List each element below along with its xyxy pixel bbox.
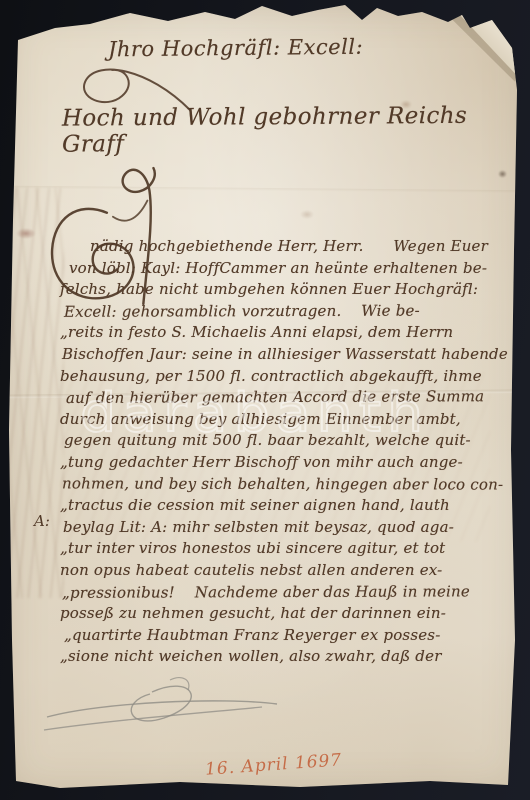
manuscript-line: „tur inter viros honestos ubi sincere ag… <box>60 538 512 560</box>
manuscript-line: nohmen, und bey sich behalten, hingegen … <box>62 473 512 496</box>
manuscript-line: felchs, habe nicht umbgehen können Euer … <box>60 279 512 301</box>
darabanth-watermark: darabanth <box>80 382 429 444</box>
manuscript-line: Excell: gehorsamblich vorzutragen. Wie b… <box>64 300 512 323</box>
manuscript-line: posseß zu nehmen gesucht, hat der darinn… <box>60 603 512 625</box>
manuscript-line: „reits in festo S. Michaelis Anni elapsi… <box>60 322 512 344</box>
manuscript-line: „tung gedachter Herr Bischoff von mihr a… <box>60 452 512 474</box>
pencil-flourish-icon <box>42 672 292 747</box>
foxing-stain <box>300 210 314 219</box>
manuscript-line: „sione nicht weichen wollen, also zwahr,… <box>60 646 512 668</box>
margin-note: A: <box>34 512 50 530</box>
manuscript-line: beylag Lit: A: mihr selbsten mit beysaz,… <box>63 517 512 539</box>
scan-background: Jhro Hochgräfl: Excell: Hoch und Wohl ge… <box>0 0 530 800</box>
address-heading: Hoch und Wohl gebohrner Reichs Graff <box>62 102 530 157</box>
manuscript-line: Bischoffen Jaur: seine in allhiesiger Wa… <box>62 344 512 366</box>
manuscript-line: non opus habeat cautelis nebst allen and… <box>60 560 512 582</box>
manuscript-line: nädig hochgebiethende Herr, Herr. Wegen … <box>90 236 512 258</box>
foxing-stain <box>498 170 507 178</box>
foxing-stain <box>16 228 36 239</box>
manuscript-body: nädig hochgebiethende Herr, Herr. Wegen … <box>60 236 512 668</box>
manuscript-paper: Jhro Hochgräfl: Excell: Hoch und Wohl ge… <box>0 0 530 800</box>
manuscript-line: „tractus die cession mit seiner aignen h… <box>60 495 512 517</box>
manuscript-line: von löbl: Kayl: HoffCammer an heünte erh… <box>69 258 512 280</box>
manuscript-line: „pressionibus! Nachdeme aber das Hauß in… <box>62 581 512 604</box>
manuscript-line: „quartirte Haubtman Franz Reyerger ex po… <box>64 625 512 647</box>
